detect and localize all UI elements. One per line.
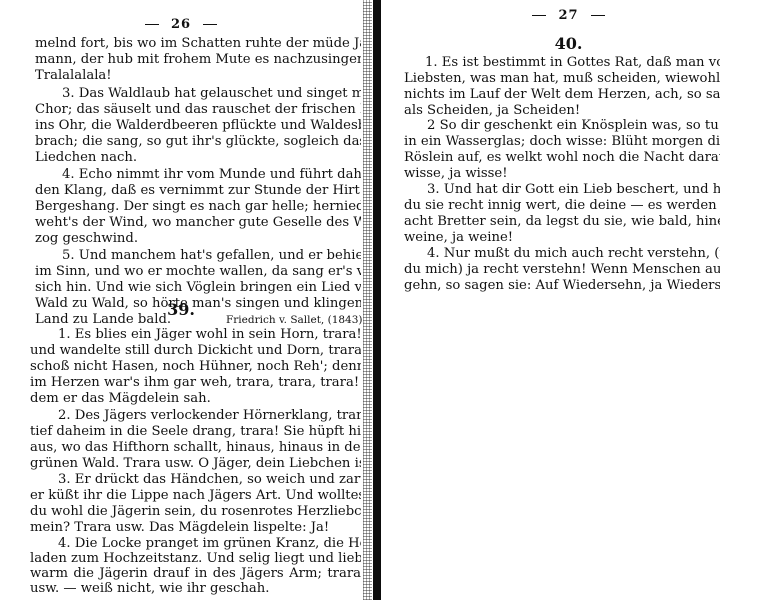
text-line: du mich) ja recht verstehn! Wenn Mensche… xyxy=(404,262,720,278)
stanza-start: 1. Es ist bestimmt in Gottes Rat, daß ma… xyxy=(425,55,720,71)
text-line: gehn, so sagen sie: Auf Wiedersehn, ja W… xyxy=(404,278,720,294)
text-line: zog geschwind. xyxy=(35,231,361,247)
text-line: du wohl die Jägerin sein, du rosenrotes … xyxy=(30,504,361,520)
stanza-start: 4. Echo nimmt ihr vom Munde und führt da… xyxy=(62,167,361,183)
dash-right xyxy=(591,15,605,16)
text-line: in ein Wasserglas; doch wisse: Blüht mor… xyxy=(404,134,720,150)
page-number-27: 27 xyxy=(380,8,757,23)
dash-left xyxy=(532,15,546,16)
stanza-start: 3. Und hat dir Gott ein Lieb beschert, u… xyxy=(427,182,720,198)
text-line: warm die Jägerin drauf in des Jägers Arm… xyxy=(30,566,361,582)
text-line: Bergeshang. Der singt es nach gar helle;… xyxy=(35,199,361,215)
text-line: und wandelte still durch Dickicht und Do… xyxy=(30,343,361,359)
left-page: 26 melnd fort, bis wo im Schatten ruhte … xyxy=(0,0,362,600)
song-number-40: 40. xyxy=(380,34,757,53)
stanza-start: 4. Nur mußt du mich auch recht verstehn,… xyxy=(427,246,720,262)
text-line: Tralalalala! xyxy=(35,68,361,84)
text-line: Chor; das säuselt und das rauschet der f… xyxy=(35,102,361,118)
right-page: 27 40. 1. Es ist bestimmt in Gottes Rat,… xyxy=(380,0,757,600)
stanza-start: 4. Die Locke pranget im grünen Kranz, di… xyxy=(58,536,361,552)
text-line: Liedchen nach. xyxy=(35,150,361,166)
text-line: mein? Trara usw. Das Mägdelein lispelte:… xyxy=(30,520,361,536)
text-line: wisse, ja wisse! xyxy=(404,166,720,182)
text-line: acht Bretter sein, da legst du sie, wie … xyxy=(404,214,720,230)
page-number-text: 26 xyxy=(171,17,191,32)
text-line: aus, wo das Hifthorn schallt, hinaus, hi… xyxy=(30,440,361,456)
text-line: grünen Wald. Trara usw. O Jäger, dein Li… xyxy=(30,456,361,472)
text-line: weine, ja weine! xyxy=(404,230,720,246)
page-gutter-edge xyxy=(363,0,372,600)
text-line: melnd fort, bis wo im Schatten ruhte der… xyxy=(35,36,361,52)
page-number-26: 26 xyxy=(0,17,362,32)
page-number-text: 27 xyxy=(558,8,578,23)
text-line: Liebsten, was man hat, muß scheiden, wie… xyxy=(404,71,720,87)
text-line: du sie recht innig wert, die deine — es … xyxy=(404,198,720,214)
stanza-start: 1. Es blies ein Jäger wohl in sein Horn,… xyxy=(58,327,361,343)
text-line: ins Ohr, die Walderdbeeren pflückte und … xyxy=(35,118,361,134)
text-line: weht's der Wind, wo mancher gute Geselle… xyxy=(35,215,361,231)
text-line: den Klang, daß es vernimmt zur Stunde de… xyxy=(35,183,361,199)
text-line: im Sinn, und wo er mochte wallen, da san… xyxy=(35,264,361,280)
text-line: nichts im Lauf der Welt dem Herzen, ach,… xyxy=(404,87,720,103)
text-line: schoß nicht Hasen, noch Hühner, noch Reh… xyxy=(30,359,361,375)
dash-left xyxy=(145,24,159,25)
text-line: brach; die sang, so gut ihr's glückte, s… xyxy=(35,134,361,150)
dash-right xyxy=(203,24,217,25)
stanza-start: 2 So dir geschenkt ein Knösplein was, so… xyxy=(427,118,720,134)
stanza-start: 2. Des Jägers verlockender Hörnerklang, … xyxy=(58,408,361,424)
stanza-start: 5. Und manchem hat's gefallen, und er be… xyxy=(62,248,361,264)
text-line: tief daheim in die Seele drang, trara! S… xyxy=(30,424,361,440)
song-number-39: 39. xyxy=(0,300,362,319)
text-line: sich hin. Und wie sich Vöglein bringen e… xyxy=(35,280,361,296)
stanza-start: 3. Das Waldlaub hat gelauschet und singe… xyxy=(62,86,361,102)
stanza-start: 3. Er drückt das Händchen, so weich und … xyxy=(58,472,361,488)
text-line: dem er das Mägdelein sah. xyxy=(30,391,361,407)
text-line: im Herzen war's ihm gar weh, trara, trar… xyxy=(30,375,361,391)
text-line: usw. — weiß nicht, wie ihr geschah. xyxy=(30,581,361,597)
text-line: als Scheiden, ja Scheiden! xyxy=(404,103,720,119)
text-line: Röslein auf, es welkt wohl noch die Nach… xyxy=(404,150,720,166)
text-line: mann, der hub mit frohem Mute es nachzus… xyxy=(35,52,361,68)
text-line: laden zum Hochzeitstanz. Und selig liegt… xyxy=(30,551,361,567)
text-line: er küßt ihr die Lippe nach Jägers Art. U… xyxy=(30,488,361,504)
